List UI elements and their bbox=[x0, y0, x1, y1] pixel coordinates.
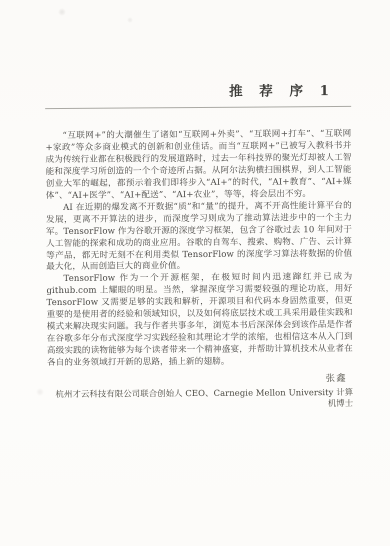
paragraph: TensorFlow 作为一个开源框架，在极短时间内迅速蹿红并已成为 githu… bbox=[46, 272, 353, 370]
book-page: 推 荐 序 1 “互联网+”的大潮催生了诸如“互联网+外卖”、“互联网+打车”、… bbox=[0, 0, 390, 546]
title-rule bbox=[45, 106, 351, 109]
preface-body: “互联网+”的大潮催生了诸如“互联网+外卖”、“互联网+打车”、“互联网+家政”… bbox=[45, 129, 353, 370]
signature-block: 张鑫 杭州才云科技有限公司联合创始人 CEO、Carnegie Mellon U… bbox=[47, 373, 353, 411]
paragraph: AI 在近期的爆发离不开数据“质”和“量”的提升，离不开高性能计算平台的发展，更… bbox=[46, 201, 352, 275]
page-content: 推 荐 序 1 “互联网+”的大潮催生了诸如“互联网+外卖”、“互联网+打车”、… bbox=[45, 83, 353, 411]
page-title: 推 荐 序 1 bbox=[45, 83, 351, 102]
signature-affiliation: 杭州才云科技有限公司联合创始人 CEO、Carnegie Mellon Univ… bbox=[47, 387, 353, 411]
signature-name: 张鑫 bbox=[47, 373, 353, 387]
paragraph: “互联网+”的大潮催生了诸如“互联网+外卖”、“互联网+打车”、“互联网+家政”… bbox=[45, 129, 351, 203]
